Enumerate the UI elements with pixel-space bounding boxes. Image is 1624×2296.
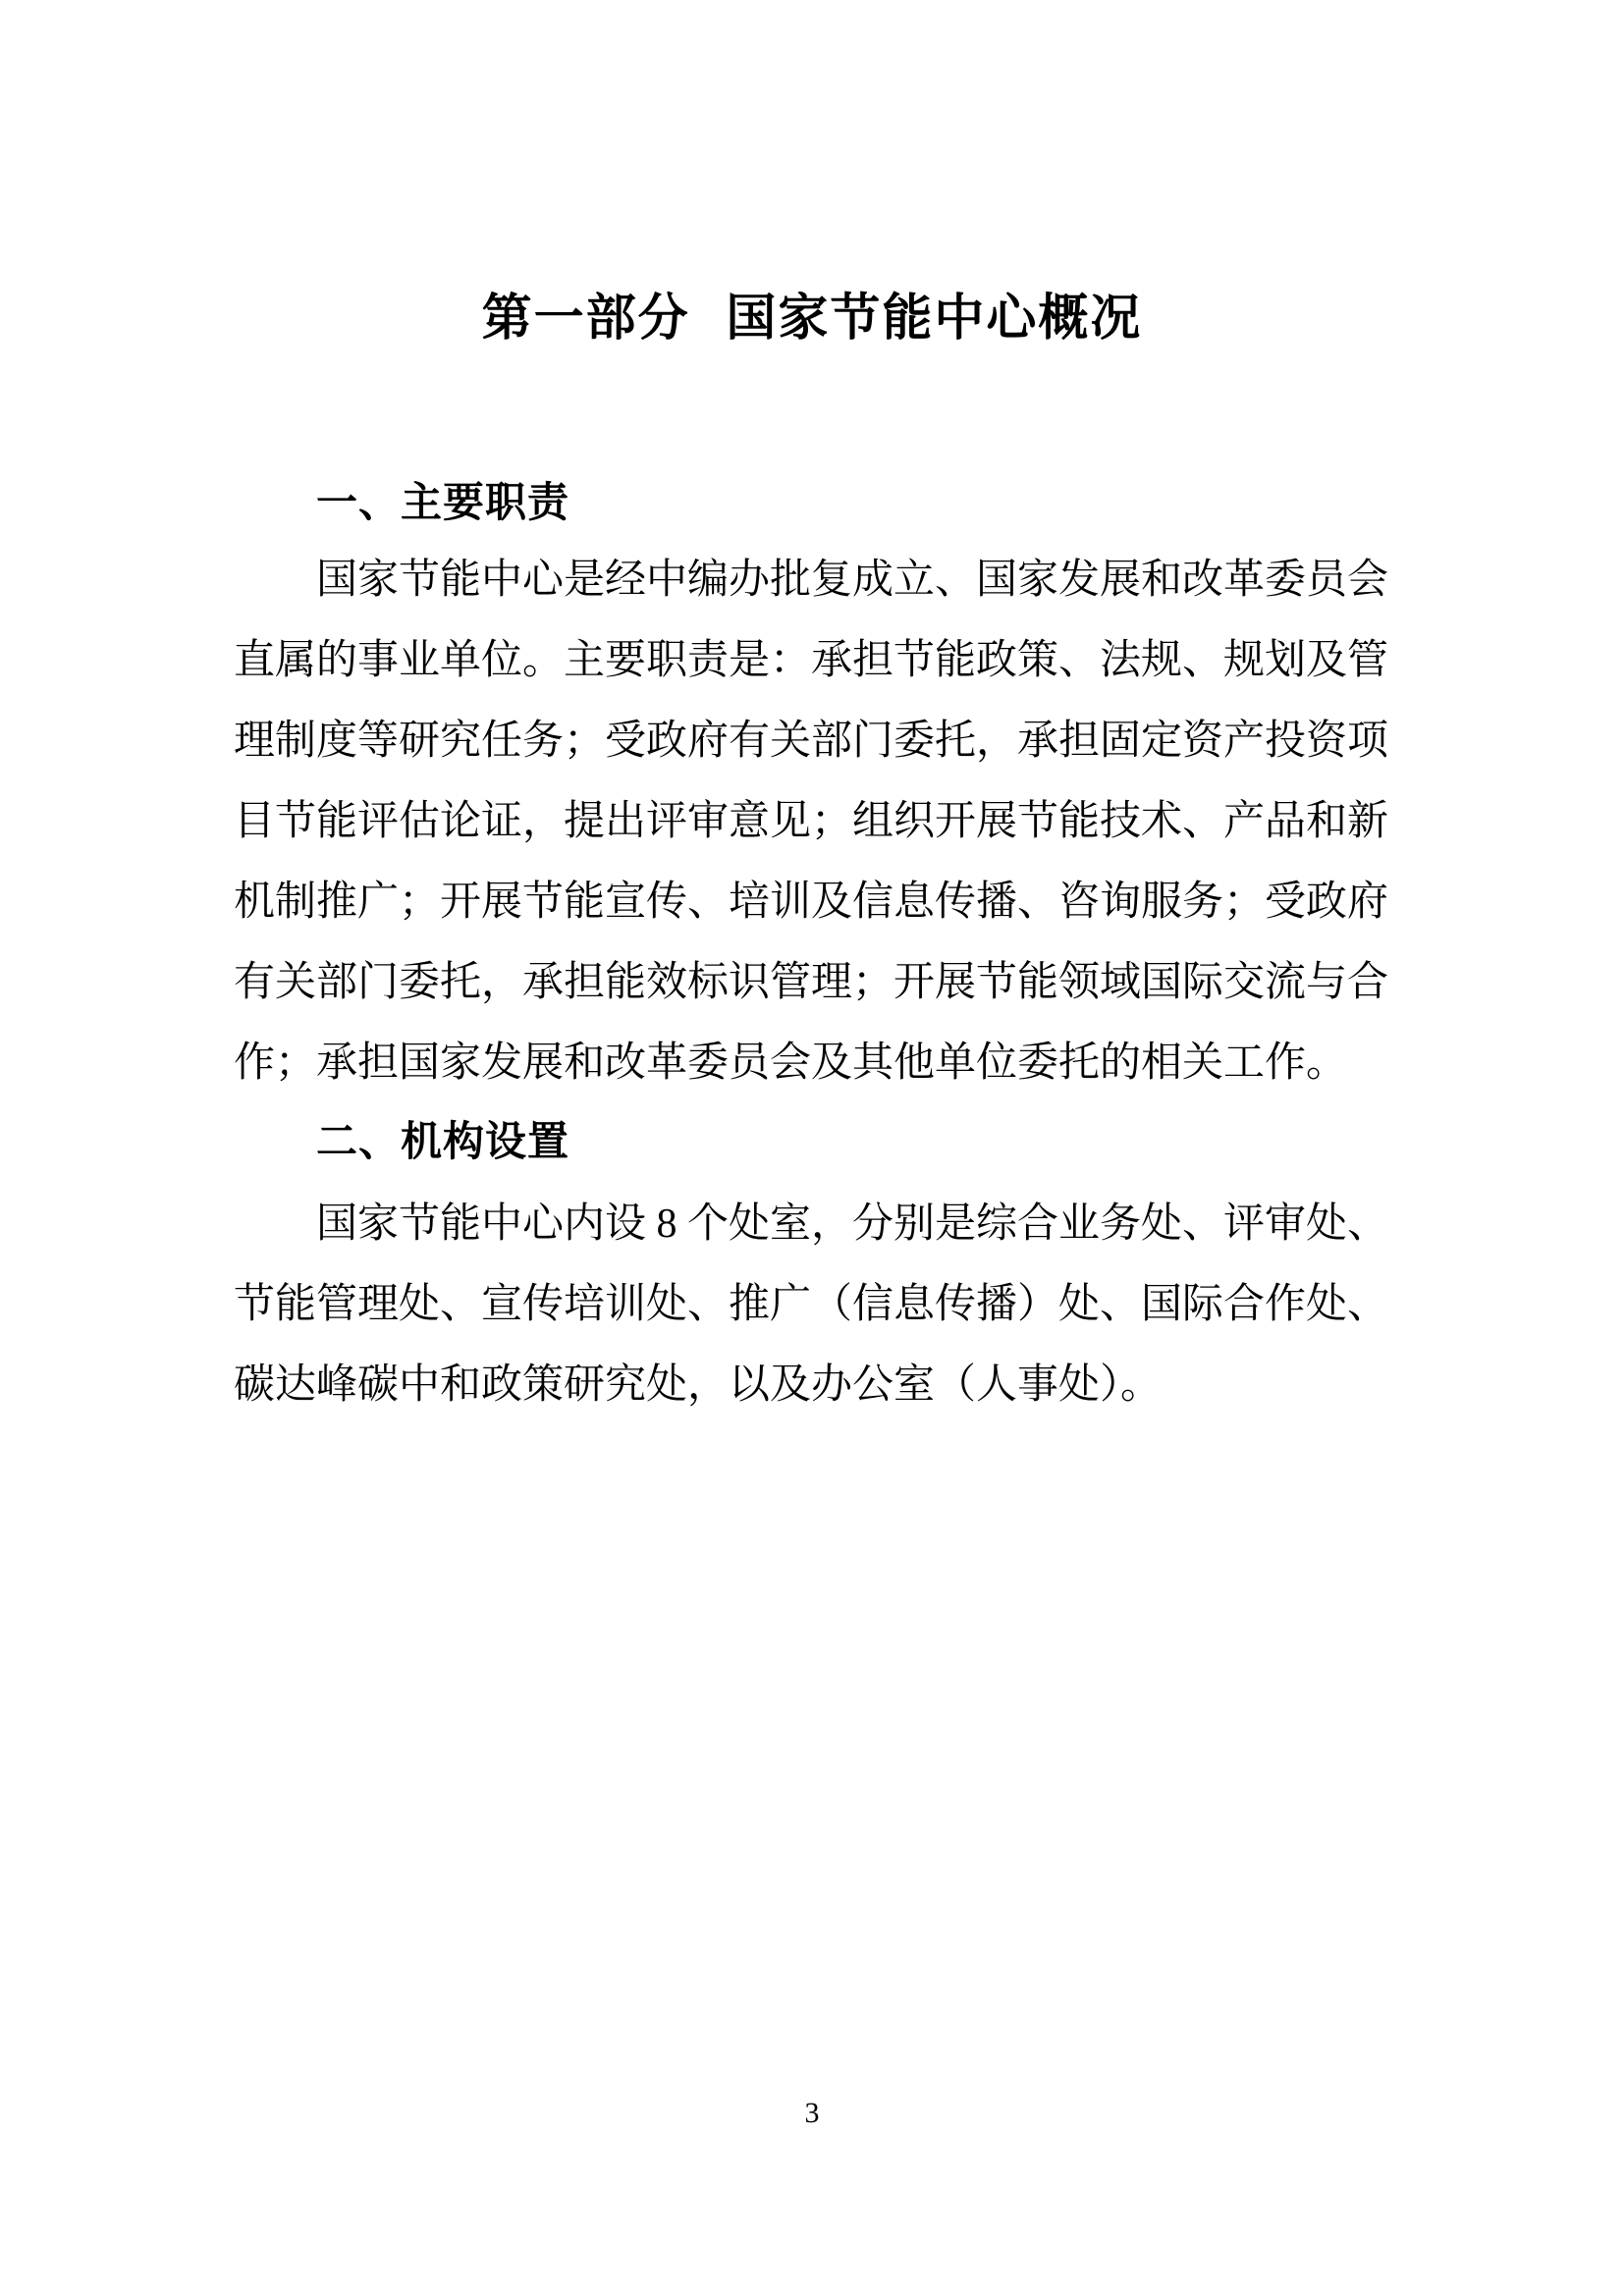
body-line: 机制推广；开展节能宣传、培训及信息传播、咨询服务；受政府: [234, 862, 1379, 942]
body-line: 作；承担国家发展和改革委员会及其他单位委托的相关工作。: [234, 1023, 1379, 1103]
body-line: 碳达峰碳中和政策研究处，以及办公室（人事处）。: [234, 1345, 1379, 1425]
section-heading-main-duties: 一、主要职责: [316, 481, 569, 524]
page-number: 3: [0, 2097, 1624, 2130]
body-line: 目节能评估论证，提出评审意见；组织开展节能技术、产品和新: [234, 781, 1379, 862]
section-heading-org-structure: 二、机构设置: [316, 1120, 569, 1163]
document-page: 第一部分 国家节能中心概况 一、主要职责 国家节能中心是经中编办批复成立、国家发…: [0, 0, 1624, 2296]
body-line: 节能管理处、宣传培训处、推广（信息传播）处、国际合作处、: [234, 1264, 1379, 1345]
page-title: 第一部分 国家节能中心概况: [0, 292, 1624, 347]
body-line: 理制度等研究任务；受政府有关部门委托，承担固定资产投资项: [234, 701, 1379, 781]
body-line: 国家节能中心内设 8 个处室，分别是综合业务处、评审处、: [234, 1184, 1379, 1264]
paragraph-main-duties: 国家节能中心是经中编办批复成立、国家发展和改革委员会 直属的事业单位。主要职责是…: [234, 540, 1379, 1103]
paragraph-org-structure: 国家节能中心内设 8 个处室，分别是综合业务处、评审处、 节能管理处、宣传培训处…: [234, 1184, 1379, 1425]
body-line: 直属的事业单位。主要职责是：承担节能政策、法规、规划及管: [234, 620, 1379, 701]
body-line: 有关部门委托，承担能效标识管理；开展节能领域国际交流与合: [234, 942, 1379, 1023]
body-line: 国家节能中心是经中编办批复成立、国家发展和改革委员会: [234, 540, 1379, 620]
